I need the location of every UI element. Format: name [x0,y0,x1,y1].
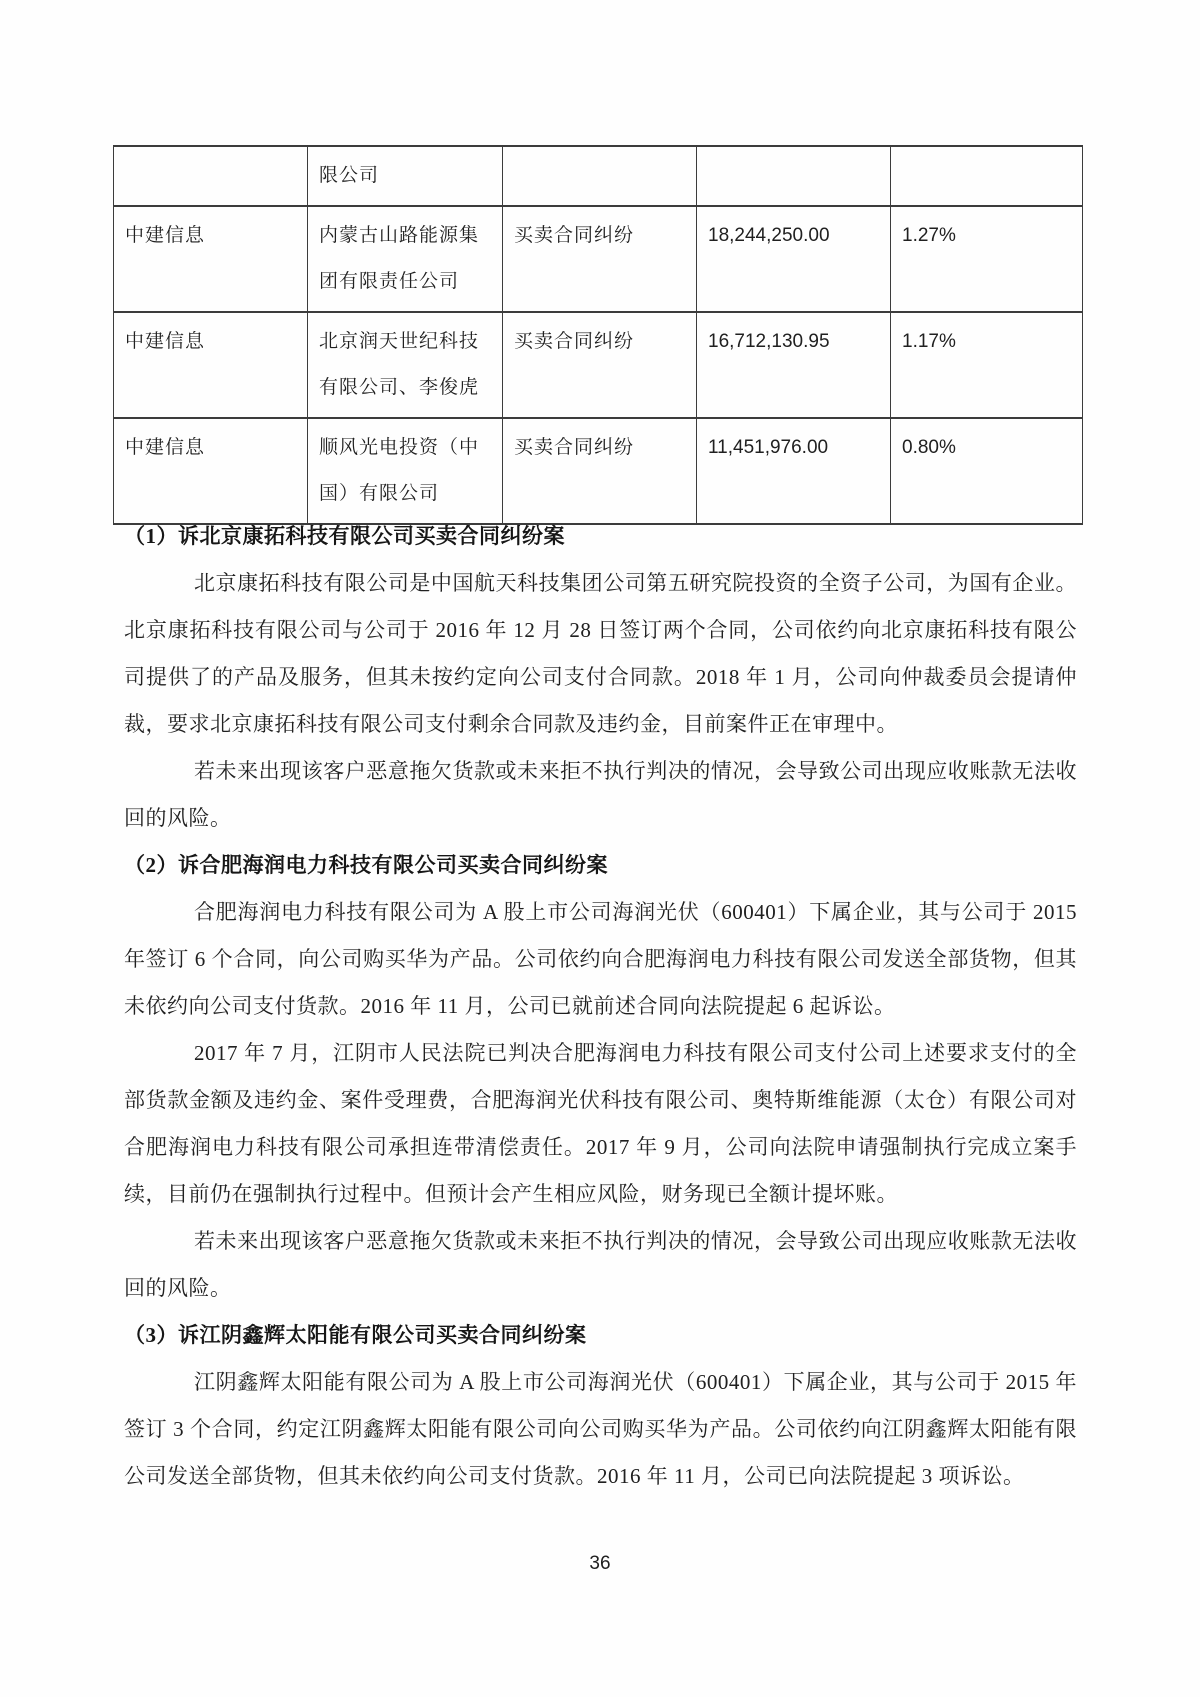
table-cell-ratio: 0.80% [891,418,1083,524]
table-cell-amount [697,146,891,206]
paragraph: 北京康拓科技有限公司是中国航天科技集团公司第五研究院投资的全资子公司，为国有企业… [124,560,1077,748]
table-row: 中建信息 顺风光电投资（中国）有限公司 买卖合同纠纷 11,451,976.00… [114,418,1083,524]
document-page: 限公司 中建信息 内蒙古山路能源集团有限责任公司 买卖合同纠纷 18,244,2… [0,0,1200,1697]
table-cell-plaintiff [114,146,308,206]
table-cell-defendant: 北京润天世纪科技有限公司、李俊虎 [308,312,503,418]
table-cell-defendant: 顺风光电投资（中国）有限公司 [308,418,503,524]
document-body: （1）诉北京康拓科技有限公司买卖合同纠纷案 北京康拓科技有限公司是中国航天科技集… [124,513,1077,1500]
table-cell-plaintiff: 中建信息 [114,418,308,524]
section-heading-3: （3）诉江阴鑫辉太阳能有限公司买卖合同纠纷案 [124,1312,1077,1359]
table-cell-defendant: 限公司 [308,146,503,206]
table-cell-ratio: 1.17% [891,312,1083,418]
table-cell-amount: 11,451,976.00 [697,418,891,524]
paragraph: 若未来出现该客户恶意拖欠货款或未来拒不执行判决的情况，会导致公司出现应收账款无法… [124,748,1077,842]
table-cell-case-type: 买卖合同纠纷 [503,312,697,418]
table-cell-ratio: 1.27% [891,206,1083,312]
table-cell-amount: 16,712,130.95 [697,312,891,418]
table-row: 中建信息 内蒙古山路能源集团有限责任公司 买卖合同纠纷 18,244,250.0… [114,206,1083,312]
paragraph: 2017 年 7 月，江阴市人民法院已判决合肥海润电力科技有限公司支付公司上述要… [124,1030,1077,1218]
paragraph: 若未来出现该客户恶意拖欠货款或未来拒不执行判决的情况，会导致公司出现应收账款无法… [124,1218,1077,1312]
paragraph: 合肥海润电力科技有限公司为 A 股上市公司海润光伏（600401）下属企业，其与… [124,889,1077,1030]
table-cell-plaintiff: 中建信息 [114,312,308,418]
page-number: 36 [0,1540,1200,1587]
table-cell-ratio [891,146,1083,206]
table-row: 中建信息 北京润天世纪科技有限公司、李俊虎 买卖合同纠纷 16,712,130.… [114,312,1083,418]
table-cell-case-type: 买卖合同纠纷 [503,206,697,312]
paragraph: 江阴鑫辉太阳能有限公司为 A 股上市公司海润光伏（600401）下属企业，其与公… [124,1359,1077,1500]
table-cell-case-type: 买卖合同纠纷 [503,418,697,524]
table-cell-case-type [503,146,697,206]
litigation-table: 限公司 中建信息 内蒙古山路能源集团有限责任公司 买卖合同纠纷 18,244,2… [113,145,1083,525]
table-cell-defendant: 内蒙古山路能源集团有限责任公司 [308,206,503,312]
table-row-carryover: 限公司 [114,146,1083,206]
table-cell-amount: 18,244,250.00 [697,206,891,312]
table-cell-plaintiff: 中建信息 [114,206,308,312]
section-heading-2: （2）诉合肥海润电力科技有限公司买卖合同纠纷案 [124,842,1077,889]
section-heading-1: （1）诉北京康拓科技有限公司买卖合同纠纷案 [124,513,1077,560]
